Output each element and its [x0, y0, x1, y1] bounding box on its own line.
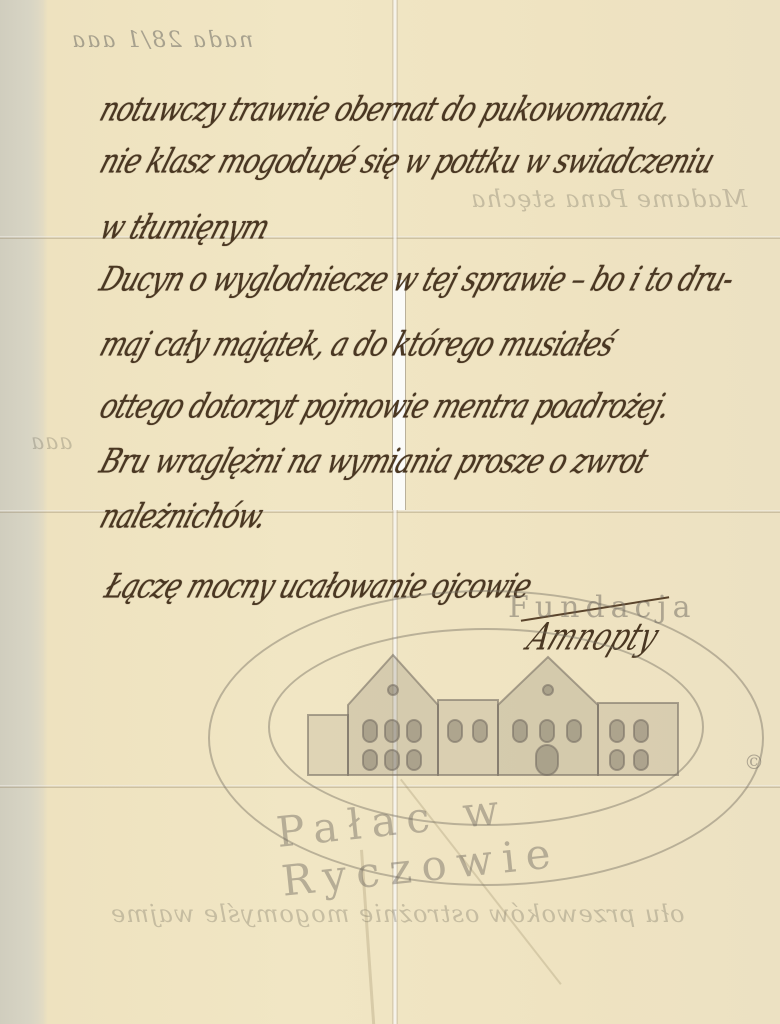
bleed-through-text: aaa: [30, 430, 72, 455]
palace-building-icon: [288, 645, 708, 785]
letter-line: maj cały majątek, a do którego musiałeś: [95, 325, 619, 364]
bleed-through-text: Madame Pana stęcha: [470, 185, 747, 213]
crease: [400, 779, 562, 985]
letter-line: notuwczy trawnie obernat do pukowomania,: [95, 90, 676, 129]
letter-line: Ducyn o wyglodniecze w tej sprawie – bo …: [95, 260, 738, 299]
letter-page: nada 28/1 aaa Madame Pana stęcha aaa ołu…: [0, 0, 780, 1024]
signature: Amnopty: [521, 614, 666, 659]
letter-line: Bru wraglężni na wymiania prosze o zwrot: [95, 442, 652, 481]
fold-line: [0, 785, 780, 788]
watermark-stamp: Fundacja Pałac w Ryczowie ©: [208, 590, 764, 886]
letter-closing: Łączę mocny ucałowanie ojcowie: [100, 567, 536, 606]
copyright-icon: ©: [744, 750, 764, 774]
letter-line: należnichów.: [95, 497, 271, 536]
watermark-bottom-text: Pałac w Ryczowie: [274, 762, 722, 905]
letter-line: nie klasz mogodupé się w pottku w swiadc…: [95, 142, 719, 181]
letter-line: ottego dotorzyt pojmowie mentra poadroże…: [95, 387, 675, 426]
bleed-through-text: ołu przewoków ostrożnie mogomyśle wajme: [110, 900, 685, 928]
watermark-outer-ring: [208, 590, 764, 886]
pencil-note: nada 28/1 aaa: [70, 28, 253, 53]
crease: [360, 850, 376, 1024]
letter-line: w tłumięnym: [95, 208, 274, 247]
